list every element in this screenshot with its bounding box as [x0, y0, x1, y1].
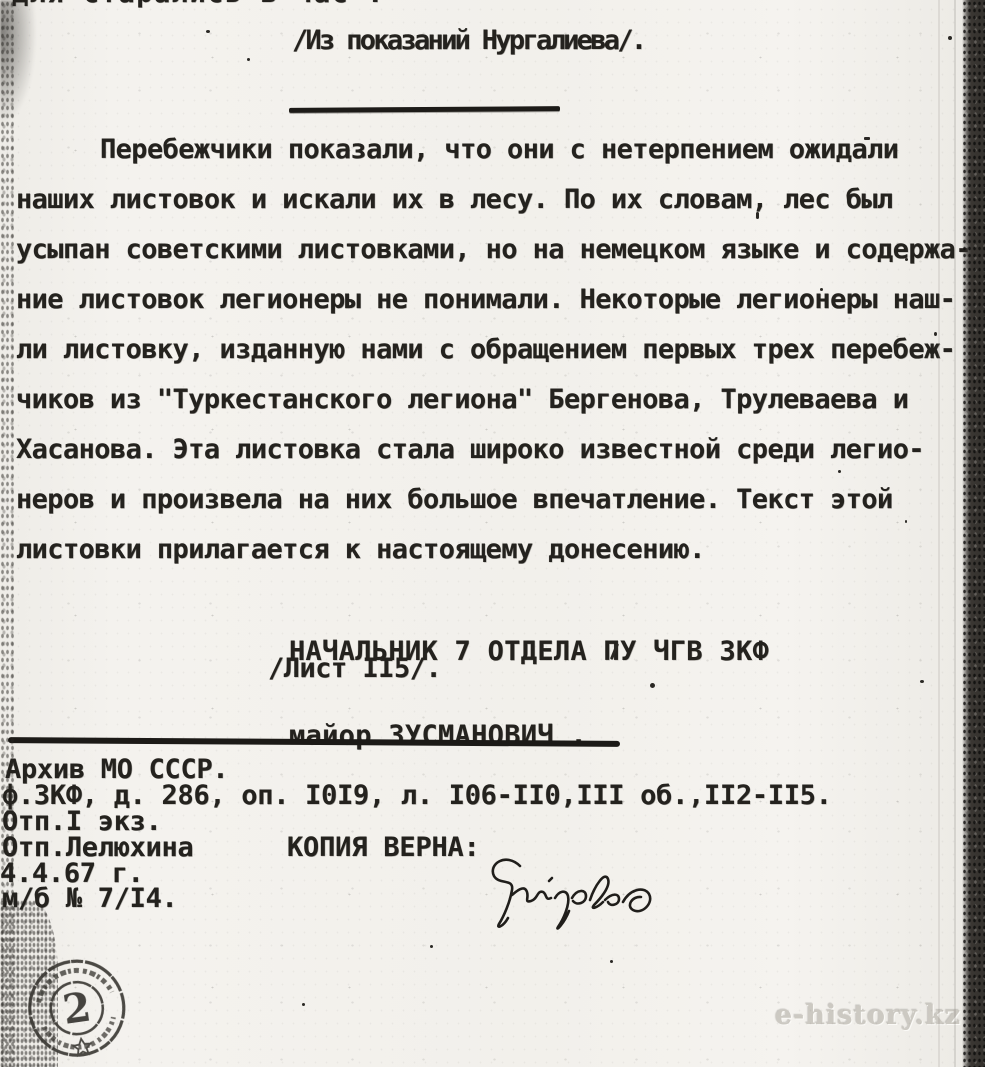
paper-crease [954, 0, 956, 1067]
sheet-reference: /Лист II5/. [268, 652, 441, 686]
paragraph-line: ли листовку, изданную нами с обращением … [16, 325, 968, 375]
speck [820, 288, 823, 291]
speck [430, 945, 433, 948]
site-watermark: e-history.kz [775, 1000, 961, 1031]
speck [650, 683, 655, 688]
handwritten-signature [482, 850, 682, 938]
round-stamp: 2 [17, 945, 140, 1067]
speck [920, 680, 924, 683]
top-cut-line-text: для старались в час . [12, 0, 432, 9]
speck [948, 36, 952, 40]
scan-edge-left [0, 0, 15, 1067]
speck [302, 1003, 305, 1006]
stamp-number: 2 [60, 983, 94, 1033]
paragraph-line: листовки прилагается к настоящему донесе… [16, 525, 968, 575]
speck [838, 470, 841, 473]
speck [905, 258, 908, 261]
speck [905, 520, 907, 523]
speck [934, 332, 937, 336]
paragraph-line: чиков из "Туркестанского легиона" Берген… [16, 375, 968, 425]
body-paragraph: Перебежчики показали, что они с нетерпен… [16, 125, 968, 575]
speck [247, 58, 250, 61]
paragraph-line: ние листовок легионеры не понимали. Неко… [16, 275, 968, 325]
attribution-line: /Из показаний Нургалиева/. [292, 24, 644, 58]
paragraph-line: наших листовок и искали их в лесу. По их… [16, 175, 968, 225]
speck [610, 960, 613, 963]
paragraph-line: Хасанова. Эта листовка стала широко изве… [16, 425, 968, 475]
scanned-document-page: для старались в час . /Из показаний Нург… [0, 0, 985, 1067]
paragraph-line: Перебежчики показали, что они с нетерпен… [16, 125, 968, 175]
top-cut-line: для старались в час . [12, 0, 432, 11]
copy-certified-label: КОПИЯ ВЕРНА: [287, 835, 480, 861]
speck [864, 137, 870, 140]
speck [206, 30, 210, 33]
paper-crease [938, 0, 940, 1067]
stamp-star-icon [73, 1038, 92, 1056]
divider-short [289, 106, 560, 113]
speck [756, 212, 759, 219]
scan-corner-top-left [0, 0, 38, 130]
paragraph-line: неров и произвела на них большое впечатл… [16, 475, 968, 525]
scan-edge-right [962, 0, 985, 1067]
officer-block: НАЧАЛЬНИК 7 ОТДЕЛА ПУ ЧГВ ЗКФ майор ЗУСМ… [289, 582, 769, 806]
paragraph-line: усыпан советскими листовками, но на неме… [16, 225, 968, 275]
